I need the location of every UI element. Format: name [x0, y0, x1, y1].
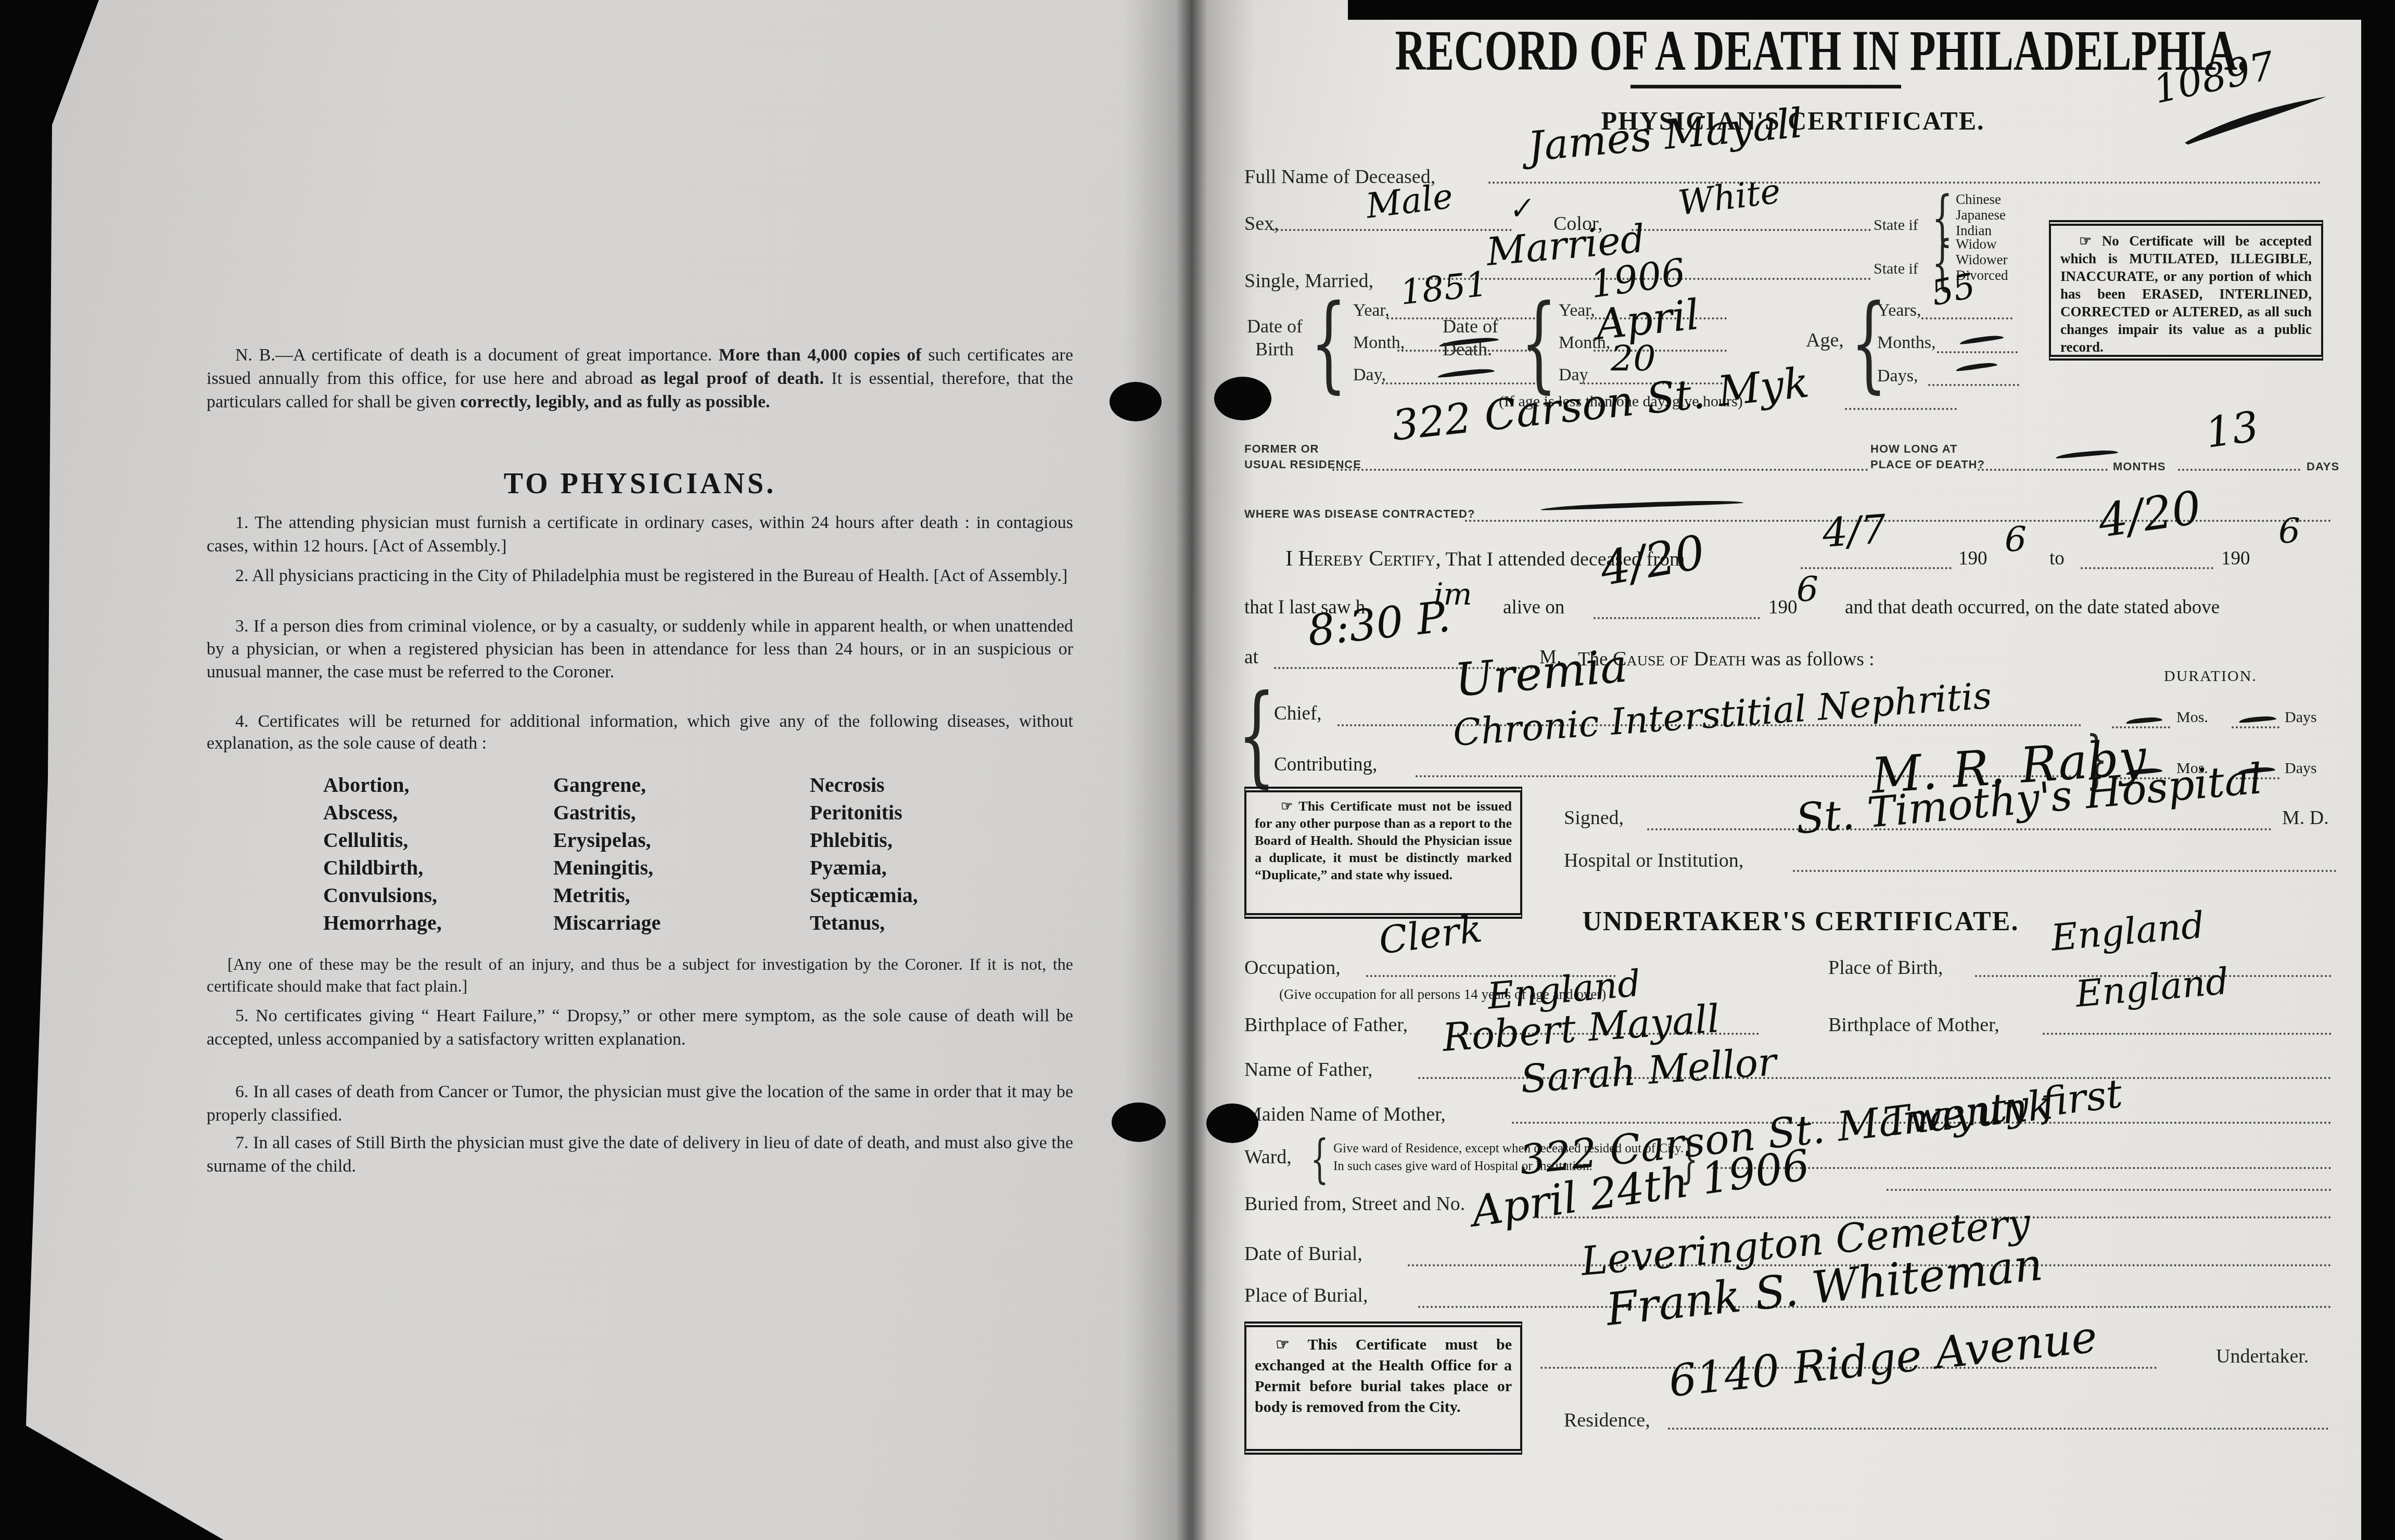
attended-from-year-value: 6	[2005, 519, 2027, 559]
pen-tick-mark: ✓	[1506, 190, 1535, 227]
disease-list-column-2: Gangrene, Gastritis, Erysipelas, Meningi…	[553, 771, 661, 936]
chief-cause-label: Chief,	[1274, 702, 1321, 725]
buried-from-label: Buried from, Street and No.	[1244, 1192, 1465, 1215]
attended-from-line	[1801, 567, 1952, 569]
alive-on-label: alive on	[1503, 596, 1564, 619]
no-certificate-notice-box: ☞ No Certificate will be accepted which …	[2049, 220, 2323, 361]
mother-birthplace-line	[2043, 1033, 2332, 1035]
instruction-item-2: 2. All physicians practicing in the City…	[207, 564, 1073, 587]
nb-seg1: N. B.—A certificate of death is a docume…	[235, 345, 719, 365]
disease-item: Phlebitis,	[810, 826, 918, 854]
punch-hole	[1214, 377, 1271, 420]
state-if-marital-label: State if	[1874, 260, 1918, 278]
disease-item: Childbirth,	[323, 854, 442, 881]
coroner-bracket-note: [Any one of these may be the result of a…	[207, 953, 1073, 997]
binding-gutter-shadow	[1124, 0, 1254, 1540]
age-years-line	[1921, 317, 2012, 319]
place-of-death-label: PLACE OF DEATH?	[1870, 458, 1985, 471]
disease-item: Convulsions,	[323, 881, 442, 909]
birth-year-label: Year,	[1353, 301, 1390, 320]
cause-smallcaps: Cause of Death	[1613, 647, 1746, 670]
disease-item: Abortion,	[323, 771, 442, 799]
instruction-item-5: 5. No certificates giving “ Heart Failur…	[207, 1004, 1073, 1051]
place-of-birth-label: Place of Birth,	[1828, 956, 1943, 979]
instruction-item-7: 7. In all cases of Still Birth the physi…	[207, 1131, 1073, 1178]
punch-hole	[1206, 1103, 1258, 1143]
at-label: at	[1244, 646, 1258, 669]
disease-item: Metritis,	[553, 881, 661, 909]
state-if-race-label: State if	[1874, 216, 1918, 234]
date-of-death-label-1: Date of	[1443, 315, 1498, 337]
cause-post: was as follows :	[1746, 649, 1875, 670]
year-prefix-1: 190	[1958, 547, 1988, 570]
must-not-notice-box: ☞ This Certificate must not be issued fo…	[1244, 787, 1522, 919]
certify-lead: I Hereby Certify,	[1285, 547, 1441, 571]
cause-brace: {	[1238, 681, 1276, 790]
race-options: Chinese Japanese Indian	[1956, 191, 2006, 238]
age-months-label: Months,	[1877, 333, 1935, 353]
nb-paragraph: N. B.—A certificate of death is a docume…	[207, 343, 1073, 414]
date-of-birth-label-1: Date of	[1247, 315, 1303, 337]
hospital-line	[1793, 870, 2337, 872]
chief-days-label: Days	[2285, 709, 2317, 726]
chief-days-line	[2232, 726, 2279, 728]
year-prefix-2: 190	[2221, 547, 2250, 570]
burial-place-label: Place of Burial,	[1244, 1284, 1368, 1307]
marital-option-widower: Widower	[1956, 252, 2008, 267]
father-name-label: Name of Father,	[1244, 1058, 1372, 1081]
full-name-line	[1488, 182, 2321, 184]
age-label: Age,	[1806, 329, 1844, 352]
mother-maiden-label: Maiden Name of Mother,	[1244, 1103, 1446, 1126]
disease-item: Cellulitis,	[323, 826, 442, 854]
death-occurred-label: and that death occurred, on the date sta…	[1845, 596, 2220, 619]
left-page-paper	[25, 0, 1190, 1540]
age-years-label: Years,	[1877, 301, 1921, 320]
punch-hole	[1112, 1102, 1166, 1142]
exchange-notice-box: ☞ This Certificate must be exchanged at …	[1244, 1321, 1522, 1455]
md-label: M. D.	[2282, 806, 2329, 829]
attended-from-value: 4/7	[1821, 506, 1888, 556]
title-rule	[1630, 85, 1901, 88]
duration-label: DURATION.	[2164, 668, 2257, 685]
father-birthplace-label: Birthplace of Father,	[1244, 1013, 1408, 1036]
chief-mos-label: Mos.	[2176, 709, 2208, 726]
year-prefix-3: 190	[1768, 596, 1798, 619]
disease-item: Abscess,	[323, 799, 442, 826]
last-saw-year-value: 6	[1797, 569, 1818, 609]
birth-day-line	[1382, 382, 1535, 384]
age-days-line	[1928, 384, 2019, 386]
death-brace: {	[1521, 291, 1557, 395]
attended-to-line	[2081, 567, 2213, 569]
disease-item: Miscarriage	[553, 909, 661, 936]
undertaker-residence-line	[1668, 1428, 2329, 1430]
how-long-at-label: HOW LONG AT	[1870, 442, 1957, 456]
attended-to-year-value: 6	[2278, 511, 2300, 551]
ward-open-brace: {	[1310, 1133, 1329, 1185]
hospital-label: Hospital or Institution,	[1564, 849, 1743, 872]
how-long-line-b	[2178, 469, 2300, 471]
how-long-line-a	[1978, 469, 2108, 471]
mother-birthplace-label: Birthplace of Mother,	[1828, 1013, 1999, 1036]
sex-label: Sex,	[1244, 212, 1279, 235]
scan-edge-top	[1348, 0, 2395, 20]
disease-list-column-1: Abortion, Abscess, Cellulitis, Childbirt…	[323, 771, 442, 936]
days-at-place-value: 13	[2202, 402, 2262, 457]
months-caps-label: MONTHS	[2113, 460, 2165, 473]
burial-date-label: Date of Burial,	[1244, 1242, 1362, 1265]
instruction-item-6: 6. In all cases of death from Cancer or …	[207, 1080, 1073, 1127]
date-of-death-label-2: Death.	[1443, 338, 1492, 360]
marital-option-widow: Widow	[1956, 236, 2008, 252]
sex-line	[1272, 229, 1512, 231]
punch-hole	[1110, 382, 1162, 421]
disease-item: Tetanus,	[810, 909, 918, 936]
undertaker-residence-label: Residence,	[1564, 1409, 1650, 1432]
birth-day-label: Day,	[1353, 365, 1386, 385]
disease-item: Gastritis,	[553, 799, 661, 826]
disease-item: Gangrene,	[553, 771, 661, 799]
date-of-birth-label-2: Birth	[1255, 338, 1294, 360]
ward-label: Ward,	[1244, 1146, 1292, 1169]
undertaker-label: Undertaker.	[2216, 1345, 2309, 1368]
to-physicians-heading: TO PHYSICIANS.	[207, 467, 1073, 500]
race-option-chinese: Chinese	[1956, 191, 2006, 207]
nb-seg6: correctly, legibly, and as fully as poss…	[460, 392, 770, 412]
signed-label: Signed,	[1564, 806, 1624, 829]
race-option-japanese: Japanese	[1956, 207, 2006, 223]
hours-line	[1845, 408, 1957, 410]
to-label: to	[2049, 547, 2065, 570]
scan-edge-right	[2361, 0, 2395, 1540]
instruction-item-3: 3. If a person dies from criminal violen…	[207, 615, 1073, 684]
disease-contracted-label: WHERE WAS DISEASE CONTRACTED?	[1244, 507, 1475, 521]
ward-line-2	[1887, 1189, 2332, 1191]
occupation-label: Occupation,	[1244, 956, 1341, 979]
age-days-label: Days,	[1877, 366, 1918, 386]
residence-line	[1332, 469, 1868, 471]
disease-list-column-3: Necrosis Peritonitis Phlebitis, Pyæmia, …	[810, 771, 918, 936]
single-married-label: Single, Married,	[1244, 269, 1373, 292]
age-months-line	[1937, 351, 2018, 353]
instruction-item-1: 1. The attending physician must furnish …	[207, 511, 1073, 558]
nb-seg2: More than 4,000 copies of	[719, 345, 922, 365]
disease-item: Meningitis,	[553, 854, 661, 881]
former-or-label: FORMER OR	[1244, 442, 1319, 456]
disease-item: Septicæmia,	[810, 881, 918, 909]
nb-seg4: as legal proof of death.	[640, 369, 824, 388]
last-saw-line	[1594, 617, 1760, 619]
contributing-cause-label: Contributing,	[1274, 753, 1377, 776]
contributing-days-label: Days	[2285, 760, 2317, 777]
disease-item: Erysipelas,	[553, 826, 661, 854]
color-line	[1632, 229, 1871, 231]
disease-item: Hemorrhage,	[323, 909, 442, 936]
death-day-value: 20	[1611, 338, 1656, 379]
disease-item: Peritonitis	[810, 799, 918, 826]
disease-item: Pyæmia,	[810, 854, 918, 881]
chief-months-line	[2112, 726, 2170, 728]
undertaker-certificate-heading: UNDERTAKER'S CERTIFICATE.	[1457, 906, 2144, 937]
birth-brace: {	[1310, 291, 1347, 395]
instruction-item-4: 4. Certificates will be returned for add…	[207, 711, 1073, 754]
scanned-death-record: N. B.—A certificate of death is a docume…	[0, 0, 2395, 1540]
days-caps-label: DAYS	[2307, 460, 2339, 473]
disease-item: Necrosis	[810, 771, 918, 799]
